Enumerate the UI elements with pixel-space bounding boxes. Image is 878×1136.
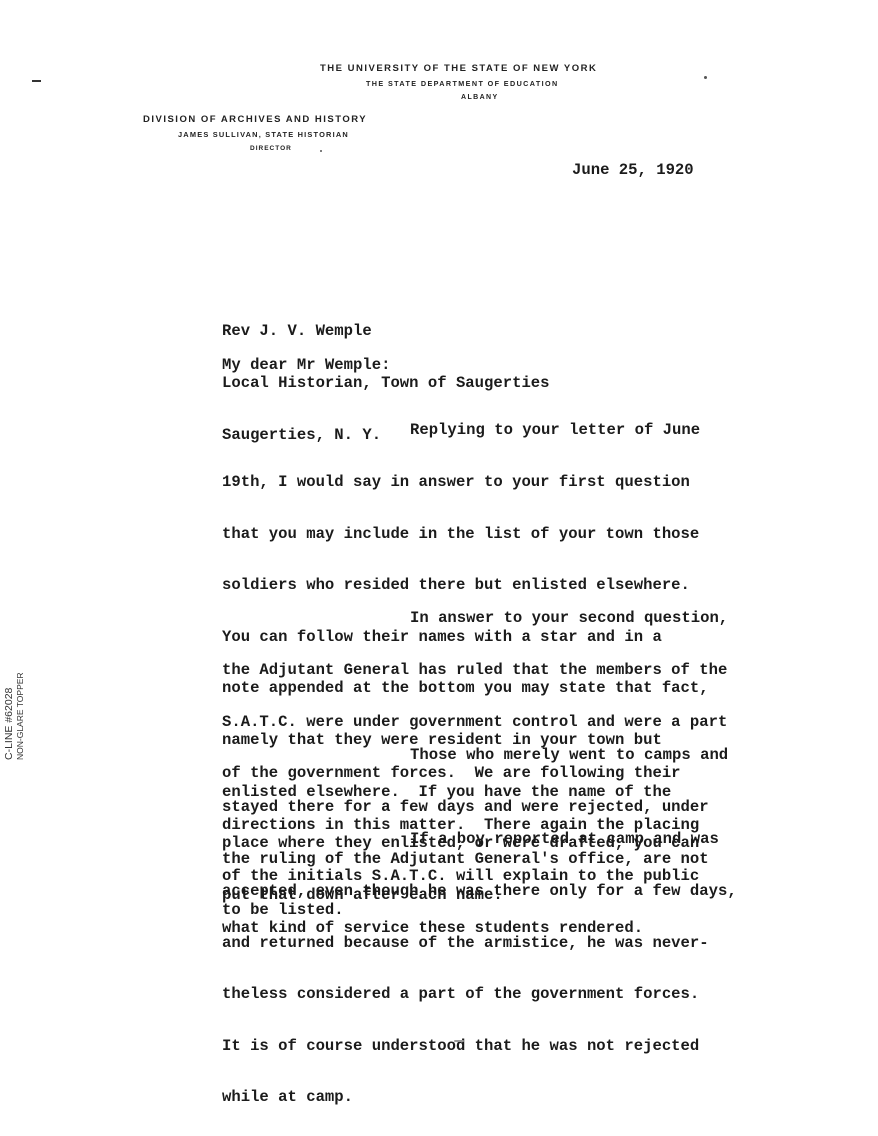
paragraph-line: If a boy reported at camp and was — [222, 831, 737, 848]
paragraph-line: In answer to your second question, — [222, 610, 728, 627]
paragraph-line: the Adjutant General has ruled that the … — [222, 662, 728, 679]
letterhead-director: DIRECTOR — [250, 145, 292, 152]
paragraph-line: theless considered a part of the governm… — [222, 986, 737, 1003]
side-label-line1: C-LINE #62028 — [4, 672, 15, 760]
letterhead-historian: JAMES SULLIVAN, STATE HISTORIAN — [178, 130, 349, 139]
paragraph-line: and returned because of the armistice, h… — [222, 935, 737, 952]
paragraph-line: that you may include in the list of your… — [222, 526, 709, 543]
paper-speck — [454, 1040, 464, 1042]
letterhead-city: ALBANY — [461, 94, 499, 101]
paper-speck — [320, 150, 322, 152]
letter-date: June 25, 1920 — [572, 162, 694, 179]
stray-mark — [32, 80, 41, 82]
paragraph-line: Replying to your letter of June — [222, 422, 709, 439]
salutation: My dear Mr Wemple: — [222, 357, 390, 374]
paragraph-line: Those who merely went to camps and — [222, 747, 728, 764]
letterhead-division: DIVISION OF ARCHIVES AND HISTORY — [143, 114, 367, 125]
letterhead-university: THE UNIVERSITY OF THE STATE OF NEW YORK — [320, 63, 597, 74]
letterhead-department: THE STATE DEPARTMENT OF EDUCATION — [366, 79, 559, 88]
paragraph-line: It is of course understood that he was n… — [222, 1038, 737, 1055]
paper-speck — [704, 76, 707, 79]
paragraph-4: If a boy reported at camp and was accept… — [222, 797, 737, 1136]
sheet-protector-label: C-LINE #62028 NON-GLARE TOPPER — [4, 672, 26, 760]
recipient-name: Rev J. V. Wemple — [222, 323, 550, 340]
paragraph-line: while at camp. — [222, 1089, 737, 1106]
paragraph-line: accepted, even though he was there only … — [222, 883, 737, 900]
side-label-line2: NON-GLARE TOPPER — [15, 672, 26, 760]
paragraph-line: 19th, I would say in answer to your firs… — [222, 474, 709, 491]
